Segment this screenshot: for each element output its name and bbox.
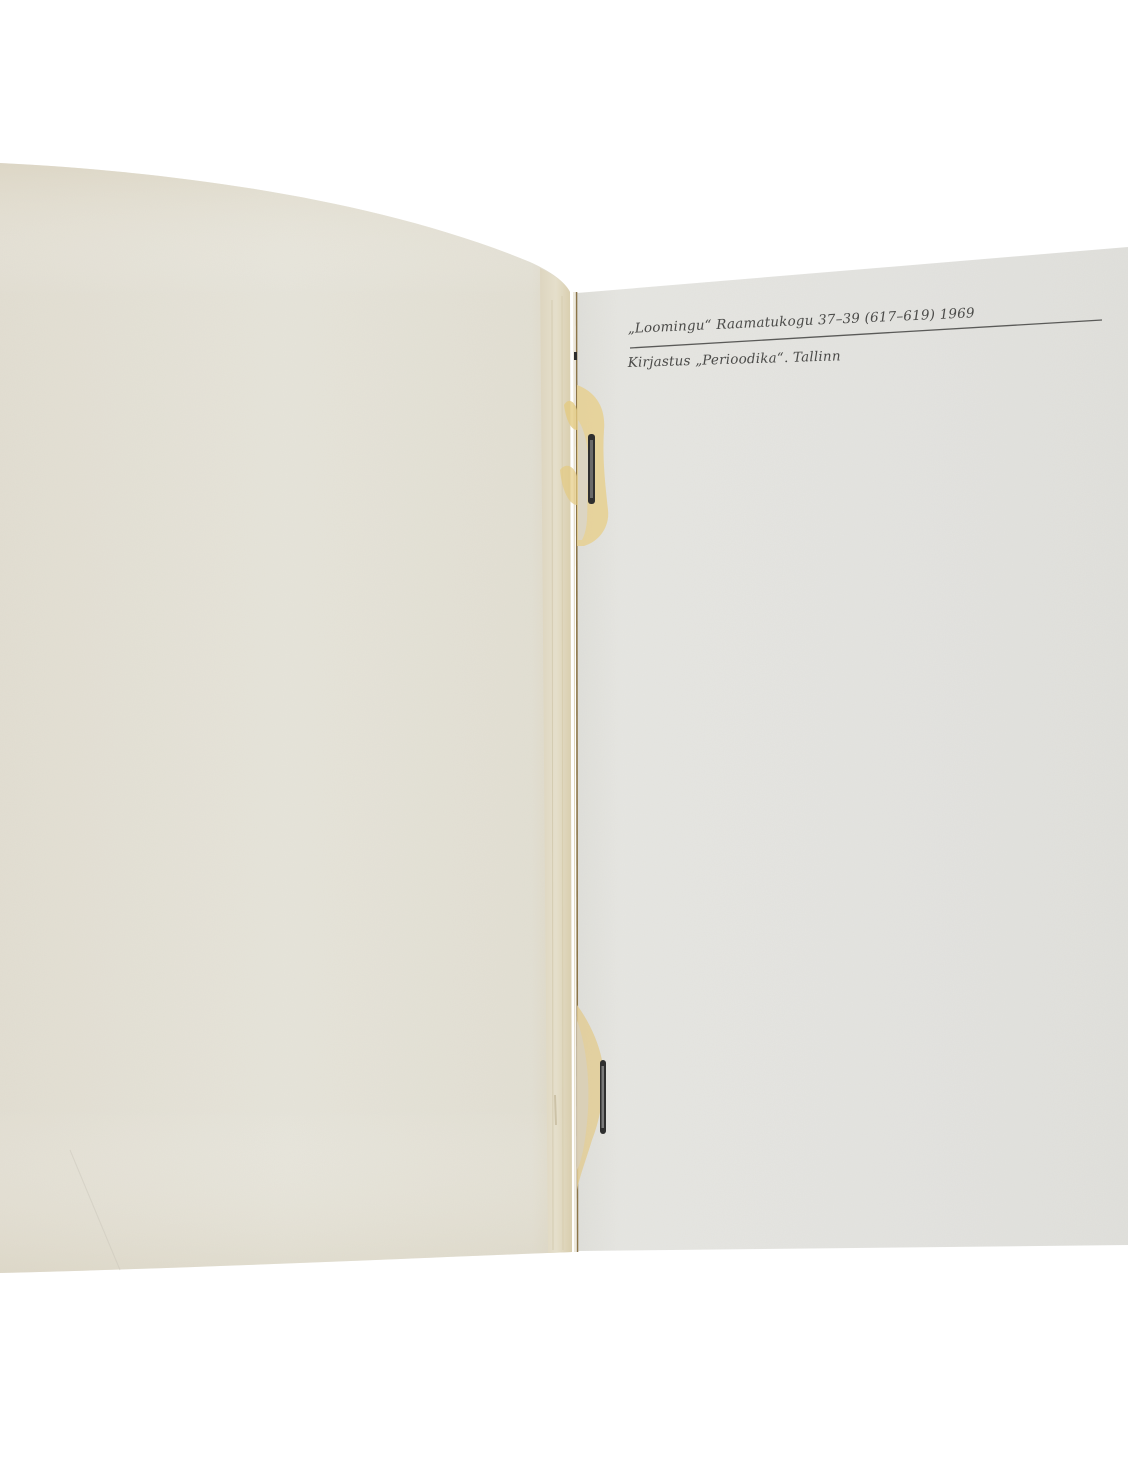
left-page [0, 163, 572, 1273]
right-page [577, 247, 1128, 1251]
book-photo: „Loomingu“ Raamatukogu 37–39 (617–619) 1… [0, 0, 1128, 1484]
spine-mark [574, 352, 577, 360]
open-booklet [0, 0, 1128, 1484]
